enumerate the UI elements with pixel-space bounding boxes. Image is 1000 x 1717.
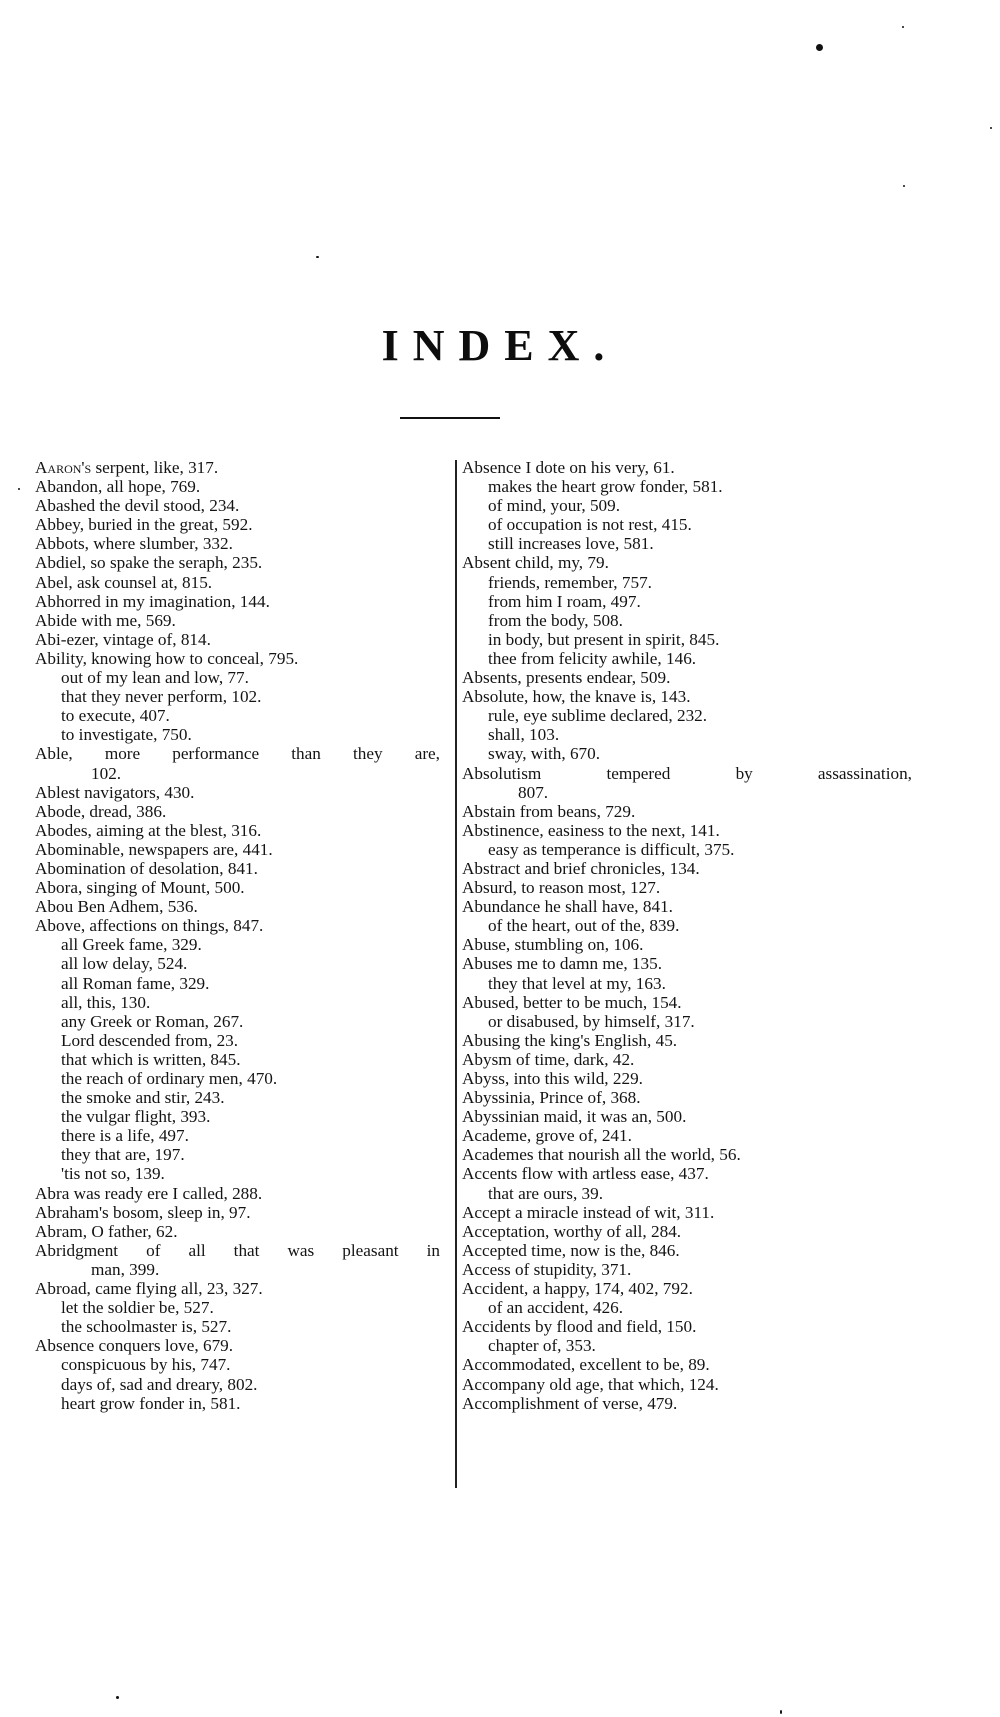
index-subentry: there is a life, 497.: [35, 1126, 440, 1145]
word: performance: [172, 744, 259, 763]
index-subentry: all low delay, 524.: [35, 954, 440, 973]
index-subentry: Lord descended from, 23.: [35, 1031, 440, 1050]
index-subentry: from him I roam, 497.: [462, 592, 912, 611]
index-entry: Abra was ready ere I called, 288.: [35, 1184, 440, 1203]
index-entry: Abstract and brief chronicles, 134.: [462, 859, 912, 878]
index-entry: Accomplishment of verse, 479.: [462, 1394, 912, 1413]
index-entry: Abused, better to be much, 154.: [462, 993, 912, 1012]
index-subentry: conspicuous by his, 747.: [35, 1355, 440, 1374]
word: more: [105, 744, 140, 763]
word: of: [146, 1241, 160, 1260]
word: by: [736, 764, 753, 783]
index-subentry: of occupation is not rest, 415.: [462, 515, 912, 534]
index-entry: Abel, ask counsel at, 815.: [35, 573, 440, 592]
index-entry-continuation: 807.: [462, 783, 912, 802]
index-entry: Abi-ezer, vintage of, 814.: [35, 630, 440, 649]
index-entry: Abomination of desolation, 841.: [35, 859, 440, 878]
index-subentry: sway, with, 670.: [462, 744, 912, 763]
word: they: [353, 744, 383, 763]
index-subentry: 'tis not so, 139.: [35, 1164, 440, 1183]
index-entry: Accompany old age, that which, 124.: [462, 1375, 912, 1394]
word: was: [287, 1241, 314, 1260]
index-entry: Abandon, all hope, 769.: [35, 477, 440, 496]
index-subentry: out of my lean and low, 77.: [35, 668, 440, 687]
word: Abridgment: [35, 1241, 118, 1260]
word: are,: [415, 744, 440, 763]
word: in: [427, 1241, 440, 1260]
index-entry: Acceptation, worthy of all, 284.: [462, 1222, 912, 1241]
word: assassination,: [818, 764, 912, 783]
index-subentry: all Roman fame, 329.: [35, 974, 440, 993]
index-entry: Abdiel, so spake the seraph, 235.: [35, 553, 440, 572]
ink-speck: [316, 256, 319, 258]
index-entry: Abyss, into this wild, 229.: [462, 1069, 912, 1088]
index-entry: Ability, knowing how to conceal, 795.: [35, 649, 440, 668]
ink-speck: [902, 26, 904, 28]
index-entry: Able,moreperformancethantheyare,: [35, 744, 440, 763]
ink-speck: [18, 488, 20, 490]
index-subentry: the reach of ordinary men, 470.: [35, 1069, 440, 1088]
index-subentry: rule, eye sublime declared, 232.: [462, 706, 912, 725]
word: Able,: [35, 744, 73, 763]
index-subentry: days of, sad and dreary, 802.: [35, 1375, 440, 1394]
ink-speck: [903, 185, 905, 187]
index-entry: Absents, presents endear, 509.: [462, 668, 912, 687]
index-entry: Abora, singing of Mount, 500.: [35, 878, 440, 897]
index-subentry: shall, 103.: [462, 725, 912, 744]
index-subentry: from the body, 508.: [462, 611, 912, 630]
word: pleasant: [342, 1241, 398, 1260]
ink-speck: [116, 1696, 119, 1699]
index-entry: Abusing the king's English, 45.: [462, 1031, 912, 1050]
index-entry: Abbots, where slumber, 332.: [35, 534, 440, 553]
index-entry: Abide with me, 569.: [35, 611, 440, 630]
index-subentry: heart grow fonder in, 581.: [35, 1394, 440, 1413]
index-entry: Accents flow with artless ease, 437.: [462, 1164, 912, 1183]
index-subentry: friends, remember, 757.: [462, 573, 912, 592]
index-entry: Academe, grove of, 241.: [462, 1126, 912, 1145]
word: tempered: [606, 764, 670, 783]
index-subentry: the smoke and stir, 243.: [35, 1088, 440, 1107]
index-entry: Abominable, newspapers are, 441.: [35, 840, 440, 859]
word: than: [291, 744, 321, 763]
index-entry: Ablest navigators, 430.: [35, 783, 440, 802]
index-entry: Abraham's bosom, sleep in, 97.: [35, 1203, 440, 1222]
ink-speck: [816, 44, 823, 51]
index-subentry: to execute, 407.: [35, 706, 440, 725]
index-entry: Accident, a happy, 174, 402, 792.: [462, 1279, 912, 1298]
index-entry: Abstinence, easiness to the next, 141.: [462, 821, 912, 840]
index-entry: Accepted time, now is the, 846.: [462, 1241, 912, 1260]
word: Absolutism: [462, 764, 541, 783]
index-entry: Abundance he shall have, 841.: [462, 897, 912, 916]
index-entry-continuation: man, 399.: [35, 1260, 440, 1279]
word: that: [234, 1241, 260, 1260]
index-entry: Accommodated, excellent to be, 89.: [462, 1355, 912, 1374]
index-subentry: they that are, 197.: [35, 1145, 440, 1164]
index-subentry: to investigate, 750.: [35, 725, 440, 744]
index-entry: Absolute, how, the knave is, 143.: [462, 687, 912, 706]
index-entry: Absurd, to reason most, 127.: [462, 878, 912, 897]
index-entry: Absence I dote on his very, 61.: [462, 458, 912, 477]
word: all: [188, 1241, 205, 1260]
index-entry: Above, affections on things, 847.: [35, 916, 440, 935]
index-entry: Abou Ben Adhem, 536.: [35, 897, 440, 916]
ink-speck: [780, 1710, 782, 1714]
index-subentry: that are ours, 39.: [462, 1184, 912, 1203]
index-subentry: chapter of, 353.: [462, 1336, 912, 1355]
page-title: INDEX.: [0, 321, 1000, 371]
index-entry: Absence conquers love, 679.: [35, 1336, 440, 1355]
index-entry: Abbey, buried in the great, 592.: [35, 515, 440, 534]
index-subentry: thee from felicity awhile, 146.: [462, 649, 912, 668]
index-entry: Abode, dread, 386.: [35, 802, 440, 821]
small-caps-headword: Aaron's: [35, 458, 91, 477]
index-entry: Abstain from beans, 729.: [462, 802, 912, 821]
index-entry: Absent child, my, 79.: [462, 553, 912, 572]
index-entry: Aaron's serpent, like, 317.: [35, 458, 440, 477]
index-subentry: in body, but present in spirit, 845.: [462, 630, 912, 649]
index-subentry: all Greek fame, 329.: [35, 935, 440, 954]
index-entry: Abysm of time, dark, 42.: [462, 1050, 912, 1069]
index-subentry: all, this, 130.: [35, 993, 440, 1012]
index-subentry: of the heart, out of the, 839.: [462, 916, 912, 935]
index-entry: Abhorred in my imagination, 144.: [35, 592, 440, 611]
column-divider-rule: [455, 460, 457, 1488]
index-entry: Absolutismtemperedbyassassination,: [462, 764, 912, 783]
index-entry-continuation: 102.: [35, 764, 440, 783]
index-subentry: of mind, your, 509.: [462, 496, 912, 515]
index-entry: Access of stupidity, 371.: [462, 1260, 912, 1279]
index-entry: Academes that nourish all the world, 56.: [462, 1145, 912, 1164]
index-subentry: easy as temperance is difficult, 375.: [462, 840, 912, 859]
index-subentry: the schoolmaster is, 527.: [35, 1317, 440, 1336]
index-subentry: any Greek or Roman, 267.: [35, 1012, 440, 1031]
ink-speck: [990, 127, 992, 129]
index-subentry: they that level at my, 163.: [462, 974, 912, 993]
index-entry: Accidents by flood and field, 150.: [462, 1317, 912, 1336]
index-entry: Abuse, stumbling on, 106.: [462, 935, 912, 954]
index-entry: Abroad, came flying all, 23, 327.: [35, 1279, 440, 1298]
index-subentry: let the soldier be, 527.: [35, 1298, 440, 1317]
index-entry: Abram, O father, 62.: [35, 1222, 440, 1241]
index-entry: Abridgmentofallthatwaspleasantin: [35, 1241, 440, 1260]
index-entry: Abyssinia, Prince of, 368.: [462, 1088, 912, 1107]
index-subentry: or disabused, by himself, 317.: [462, 1012, 912, 1031]
index-entry: Abashed the devil stood, 234.: [35, 496, 440, 515]
index-entry: Abyssinian maid, it was an, 500.: [462, 1107, 912, 1126]
index-column-left: Aaron's serpent, like, 317.Abandon, all …: [35, 458, 440, 1413]
index-subentry: of an accident, 426.: [462, 1298, 912, 1317]
index-entry: Abuses me to damn me, 135.: [462, 954, 912, 973]
index-entry: Abodes, aiming at the blest, 316.: [35, 821, 440, 840]
index-subentry: the vulgar flight, 393.: [35, 1107, 440, 1126]
index-subentry: that which is written, 845.: [35, 1050, 440, 1069]
index-entry: Accept a miracle instead of wit, 311.: [462, 1203, 912, 1222]
index-subentry: makes the heart grow fonder, 581.: [462, 477, 912, 496]
index-subentry: still increases love, 581.: [462, 534, 912, 553]
title-separator-rule: [400, 417, 500, 419]
index-subentry: that they never perform, 102.: [35, 687, 440, 706]
index-column-right: Absence I dote on his very, 61.makes the…: [462, 458, 912, 1413]
